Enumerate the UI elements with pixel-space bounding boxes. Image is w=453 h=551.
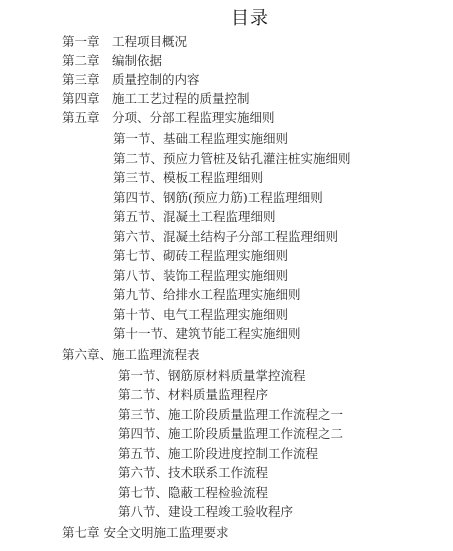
toc-section: 第十一节、建筑节能工程实施细则 <box>113 326 301 342</box>
toc-section: 第五节、施工阶段进度控制工作流程 <box>118 446 318 462</box>
toc-section: 第四节、钢筋(预应力筋)工程监理细则 <box>113 190 323 206</box>
toc-section: 第一节、钢筋原材料质量掌控流程 <box>118 368 306 384</box>
toc-section: 第二节、预应力管桩及钻孔灌注桩实施细则 <box>113 151 351 167</box>
chapter-label: 第四章 <box>62 91 100 107</box>
toc-section: 第八节、装饰工程监理实施细则 <box>113 268 288 284</box>
chapter-label: 第七章 <box>62 525 100 540</box>
chapter-label: 第一章 <box>62 34 100 50</box>
chapter-title: 施工监理流程表 <box>112 347 200 362</box>
chapter-title: 施工工艺过程的质量控制 <box>112 91 250 107</box>
toc-chapter: 第七章 安全文明施工监理要求 <box>62 525 229 541</box>
toc-section: 第六节、混凝土结构子分部工程监理细则 <box>113 229 338 245</box>
toc-section: 第三节、施工阶段质量监理工作流程之一 <box>118 407 343 423</box>
toc-title: 目录 <box>0 4 453 30</box>
toc-section: 第六节、技术联系工作流程 <box>118 465 268 481</box>
toc-section: 第四节、施工阶段质量监理工作流程之二 <box>118 426 343 442</box>
chapter-title: 分项、分部工程监理实施细则 <box>112 110 275 126</box>
toc-chapter: 第六章、施工监理流程表 <box>62 347 200 363</box>
toc-section: 第二节、材料质量监理程序 <box>118 387 268 403</box>
toc-section: 第十节、电气工程监理实施细则 <box>113 307 288 323</box>
chapter-title: 安全文明施工监理要求 <box>104 525 229 540</box>
toc-section: 第八节、建设工程竣工验收程序 <box>118 504 293 520</box>
chapter-label: 第六章、 <box>62 347 112 362</box>
chapter-title: 质量控制的内容 <box>112 72 200 88</box>
toc-section: 第七节、隐蔽工程检验流程 <box>118 485 268 501</box>
chapter-title: 编制依据 <box>112 53 162 69</box>
toc-section: 第三节、模板工程监理细则 <box>113 170 263 186</box>
toc-section: 第五节、混凝土工程监理细则 <box>113 209 276 225</box>
chapter-label: 第二章 <box>62 53 100 69</box>
chapter-label: 第三章 <box>62 72 100 88</box>
toc-section: 第七节、砌砖工程监理实施细则 <box>113 248 288 264</box>
chapter-title: 工程项目概况 <box>112 34 187 50</box>
chapter-label: 第五章 <box>62 110 100 126</box>
toc-section: 第一节、基础工程监理实施细则 <box>113 131 288 147</box>
toc-section: 第九节、给排水工程监理实施细则 <box>113 287 301 303</box>
